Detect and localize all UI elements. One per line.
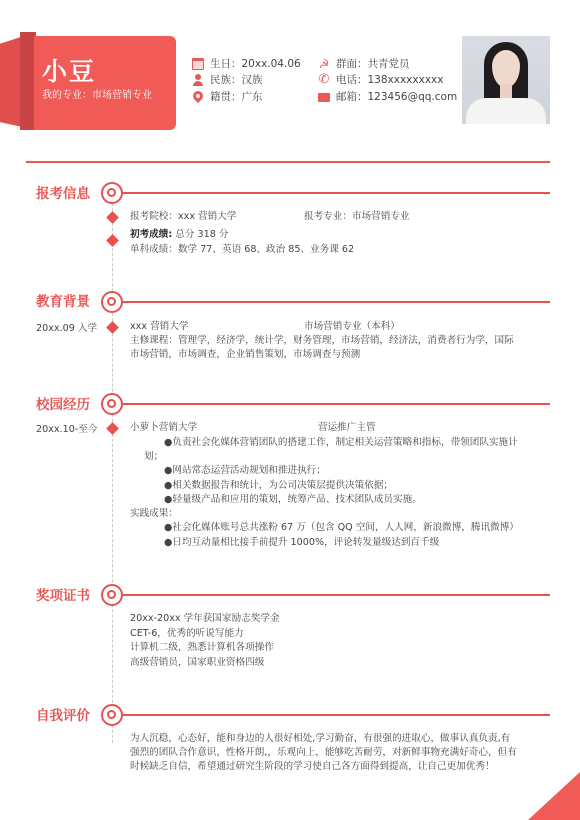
hometown-text: 籍贯：广东: [210, 89, 263, 104]
mail-icon: [318, 93, 330, 102]
profile-photo: [462, 36, 550, 124]
phone-icon: ✆: [318, 74, 330, 86]
campus-bullet: ●轻量级产品和应用的策划，统筹产品、技术团队成员实施。: [164, 493, 422, 506]
section-title-campus: 校园经历: [36, 393, 90, 413]
diamond-bullet-icon: [106, 321, 119, 334]
info-hometown: 籍贯：广东: [192, 89, 263, 104]
section-marker-icon: [101, 393, 123, 415]
education-school: xxx 营销大学: [130, 320, 188, 333]
diamond-bullet-icon: [106, 234, 119, 247]
party-emblem-icon: ☭: [318, 58, 330, 70]
campus-role: 营运推广主管: [318, 421, 376, 434]
exam-major: 报考专业：市场营销专业: [304, 210, 410, 223]
info-phone: ✆ 电话：138xxxxxxxxx: [318, 72, 443, 87]
info-birthday: 生日：20xx.04.06: [192, 56, 301, 71]
phone-text[interactable]: 电话：138xxxxxxxxx: [336, 72, 443, 87]
candidate-name: 小豆: [42, 52, 96, 88]
info-email: 邮箱：123456@qq.com: [318, 89, 457, 104]
award-item: CET-6，优秀的听说写能力: [130, 627, 244, 640]
score-value: 总分 318 分: [175, 229, 228, 240]
campus-results-label: 实践成果：: [130, 507, 178, 520]
section-divider: [123, 403, 550, 405]
section-divider: [123, 594, 550, 596]
self-eval-line: 时候缺乏自信，希望通过研究生阶段的学习使自己各方面得到提高，让自己更加优秀！: [130, 760, 495, 773]
section-title-exam: 报考信息: [36, 182, 90, 202]
award-item: 20xx-20xx 学年获国家励志奖学金: [130, 612, 280, 625]
exam-school: 报考院校：xxx 营销大学: [130, 210, 236, 223]
section-title-awards: 奖项证书: [36, 584, 90, 604]
self-eval-line: 强烈的团队合作意识，性格开朗,，乐观向上，能够吃苦耐劳，对新鲜事物充满好奇心，但…: [130, 746, 517, 759]
campus-bullet: ●网站常态运营活动规划和推进执行；: [164, 464, 326, 477]
award-item: 高级营销员，国家职业资格四级: [130, 656, 264, 669]
diamond-bullet-icon: [106, 422, 119, 435]
section-marker-icon: [101, 182, 123, 204]
calendar-icon: [192, 58, 204, 70]
section-marker-icon: [101, 584, 123, 606]
info-political: ☭ 群面：共青党员: [318, 56, 410, 71]
section-divider: [123, 192, 550, 194]
campus-result: ●日均互动量相比接手前提升 1000%，评论转发量级达到百千级: [164, 536, 439, 549]
section-divider: [123, 714, 550, 716]
political-text: 群面：共青党员: [336, 56, 410, 71]
ethnicity-text: 民族：汉族: [210, 72, 263, 87]
birthday-text: 生日：20xx.04.06: [210, 56, 301, 71]
diamond-bullet-icon: [106, 211, 119, 224]
campus-org: 小萝卜营销大学: [130, 421, 197, 434]
section-marker-icon: [101, 704, 123, 726]
section-title-self: 自我评价: [36, 704, 90, 724]
section-title-education: 教育背景: [36, 290, 90, 310]
campus-bullet: ●相关数据报告和统计，为公司决策层提供决策依据；: [164, 479, 393, 492]
score-label: 初考成绩:: [130, 229, 172, 240]
section-divider: [123, 301, 550, 303]
candidate-major: 我的专业：市场营销专业: [42, 86, 152, 101]
exam-score: 初考成绩: 总分 318 分: [130, 228, 228, 241]
section-marker-icon: [101, 291, 123, 313]
campus-duty-1: ●负责社会化媒体营销团队的搭建工作，制定相关运营策略和指标，带领团队实施计: [164, 436, 518, 449]
campus-duty-2: 划；: [144, 450, 163, 463]
education-major: 市场营销专业（本科）: [304, 320, 400, 333]
award-item: 计算机二级，熟悉计算机各项操作: [130, 641, 274, 654]
timeline-line: [112, 198, 113, 743]
location-pin-icon: [192, 91, 204, 103]
education-courses-2: 市场营销，市场调查，企业销售策划，市场调查与预测: [130, 348, 360, 361]
corner-decoration: [528, 772, 580, 820]
user-icon: [192, 74, 204, 86]
exam-subjects: 单科成绩：数学 77、英语 68、政治 85、业务课 62: [130, 243, 354, 256]
email-text[interactable]: 邮箱：123456@qq.com: [336, 89, 457, 104]
self-eval-line: 为人沉稳，心态好，能和身边的人很好相处,学习勤奋，有很强的进取心，做事认真负责,…: [130, 732, 510, 745]
education-date: 20xx.09 入学: [36, 320, 97, 334]
campus-date: 20xx.10-至今: [36, 421, 97, 435]
education-courses-1: 主修课程：管理学，经济学，统计学，财务管理，市场营销，经济法，消费者行为学，国际: [130, 334, 514, 347]
header-divider: [26, 161, 550, 163]
info-ethnicity: 民族：汉族: [192, 72, 263, 87]
campus-result: ●社会化媒体账号总共涨粉 67 万（包含 QQ 空间，人人网，新浪微博，腾讯微博…: [164, 521, 519, 534]
